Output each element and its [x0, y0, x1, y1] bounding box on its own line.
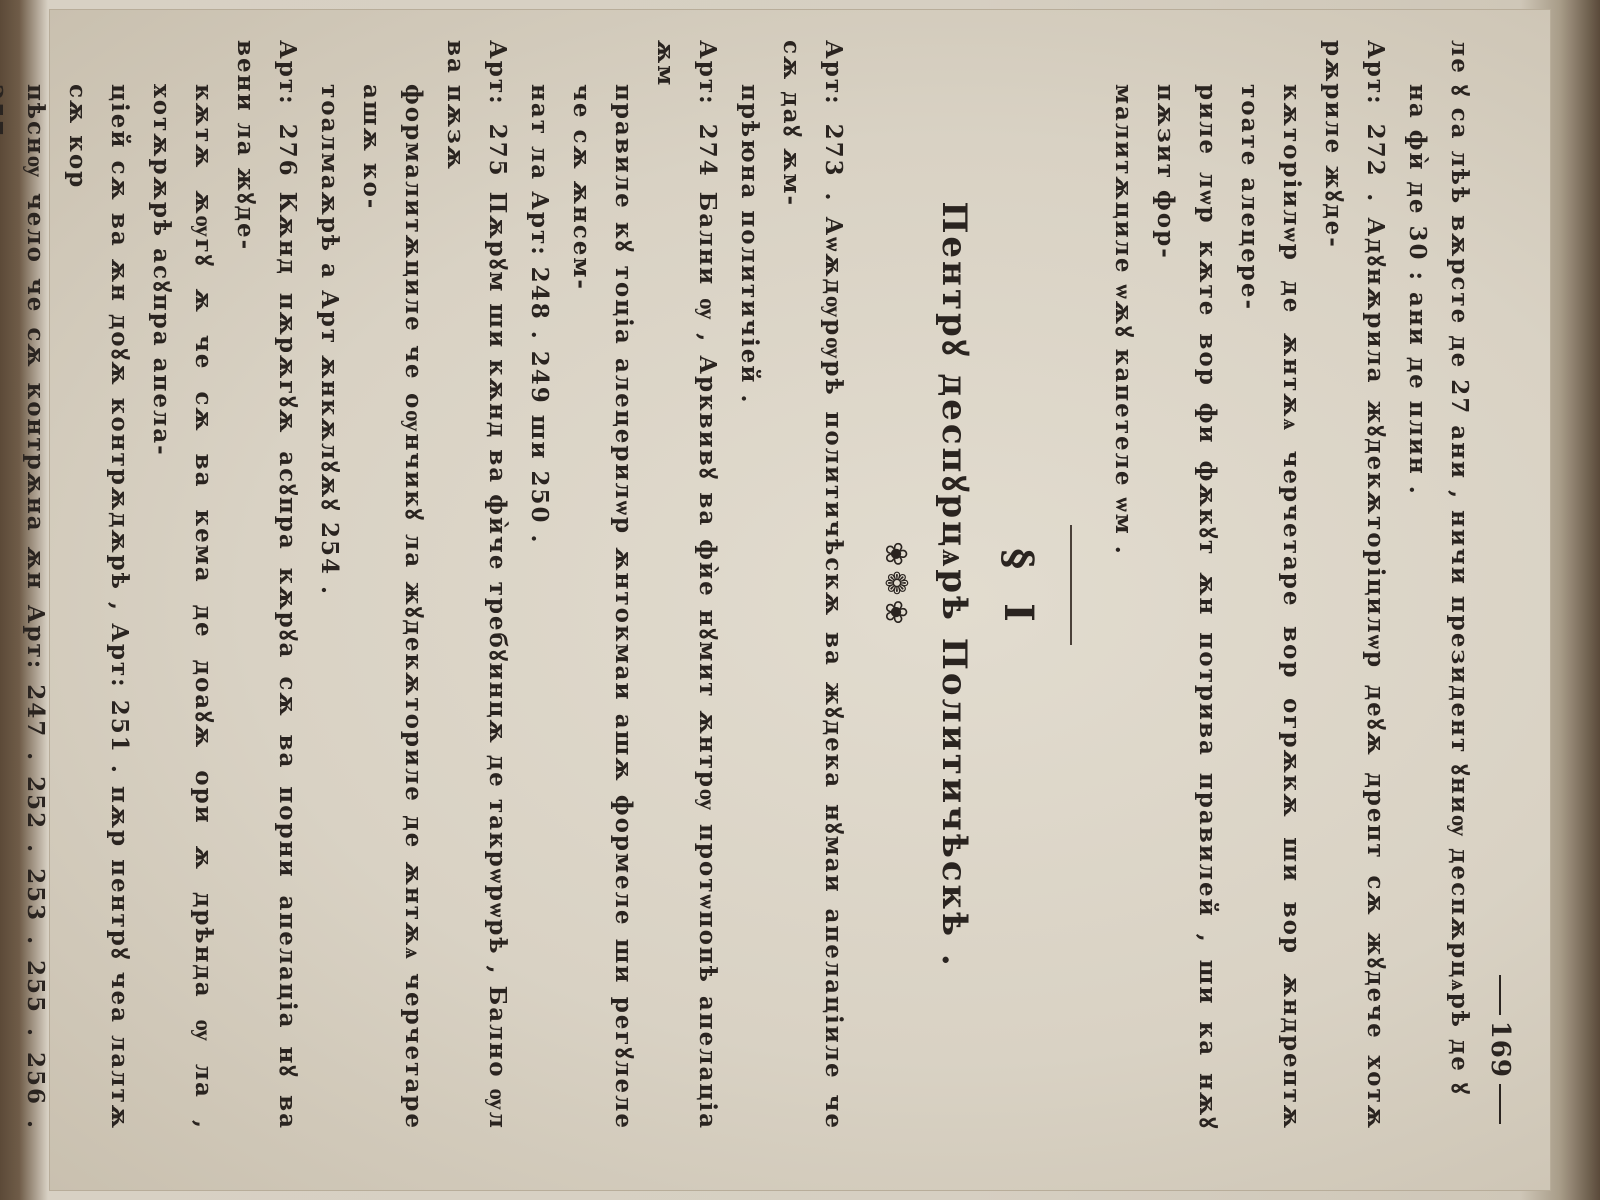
article-label: Арт: — [266, 40, 308, 106]
section-mark: § I — [995, 40, 1042, 1130]
separator-rule — [1070, 525, 1072, 645]
article-273: Арт:273 .Аѡѫдѹрѹрѣ политичѣскѫ ва жꙋдека… — [728, 40, 854, 1130]
article-272: Арт:272 .Адꙋнѫрила жꙋдекѫторіцилѡр деꙋѫ … — [1102, 40, 1396, 1130]
article-number: 272 . — [1362, 124, 1389, 204]
article-number: 273 . — [820, 124, 847, 203]
text-line: Адꙋнѫрила жꙋдекѫторіцилѡр деꙋѫ дрепт сѫ … — [1320, 40, 1389, 1130]
text-line: кѫтѫ ѫѹгꙋ ѫ че сѫ ва кема де доаꙋѫ ори ѫ… — [140, 40, 224, 1130]
article-number: 276 — [274, 124, 301, 178]
article-label: Арт: — [812, 40, 854, 106]
rule-left — [1499, 975, 1501, 1015]
running-head: 169 — [1480, 40, 1520, 1130]
article-276: Арт:276Кѫнд пѫрѫгꙋѫ асꙋпра кѫрꙋа сѫ ва п… — [0, 40, 308, 1130]
text-line: Бални ѹ , Арквивꙋ ва фѝе нꙋмит ѫнтрѹ про… — [652, 40, 721, 1130]
text-line: нат ла Арт: 248 . 249 ши 250 . — [518, 40, 560, 1130]
article-275: Арт:275Пѫрꙋм ши кѫнд ва фѝче требꙋинцѫ д… — [308, 40, 518, 1130]
text-line: Пѫрꙋм ши кѫнд ва фѝче требꙋинцѫ де такрѡ… — [442, 40, 511, 1130]
text-line: прѣюна политичіей . — [728, 40, 770, 1130]
ornament-icon: ❀❁❀ — [878, 40, 913, 1130]
book-page: 169 ле ꙋ са лѣѣ вѫрсте де 27 ани , ничи … — [50, 10, 1550, 1190]
text-line: кѫторіилѡр де ѫнтѫѧ черчетаре вор огрѫкѫ… — [1228, 40, 1312, 1130]
text-line: Аѡѫдѹрѹрѣ политичѣскѫ ва жꙋдека нꙋмаи ап… — [778, 40, 847, 1130]
article-label: Арт: — [476, 40, 518, 106]
text-line: малитѫциле ѡѫꙋ капетеле ѡм . — [1102, 40, 1144, 1130]
text-line: формалитѫциле че оѹнчикꙋ ла жꙋдекѫториле… — [350, 40, 434, 1130]
text-line: ціей сѫ ва ѫн доꙋѫ контрѫдѫрѣ , Арт: 251… — [56, 40, 140, 1130]
article-number: 275 — [484, 124, 511, 178]
section-number: I — [995, 603, 1042, 622]
section-symbol: § — [995, 548, 1042, 569]
photo-background: 169 ле ꙋ са лѣѣ вѫрсте де 27 ани , ничи … — [0, 0, 1600, 1200]
text-line: Кѫнд пѫрѫгꙋѫ асꙋпра кѫрꙋа сѫ ва порни ап… — [232, 40, 301, 1130]
text-line: риле лѡр кѫте вор фи фѫкꙋт ѫн потрива пр… — [1144, 40, 1228, 1130]
text-line: на фѝ де 30 : ани де плин . — [1396, 40, 1438, 1130]
article-274: Арт:274Бални ѹ , Арквивꙋ ва фѝе нꙋмит ѫн… — [518, 40, 728, 1130]
page-number: 169 — [1485, 1021, 1515, 1078]
page-content: 169 ле ꙋ са лѣѣ вѫрсте де 27 ани , ничи … — [80, 40, 1520, 1130]
chapter-heading: § I Пентрꙋ деспꙋрцѧрѣ Политичѣскѣ . — [933, 40, 1072, 1130]
rule-right — [1499, 1084, 1501, 1124]
text-line: ле ꙋ са лѣѣ вѫрсте де 27 ани , ничи през… — [1438, 40, 1480, 1130]
text-line: пѣснѹ чело че сѫ контрѫна ѫн Арт: 247 . … — [0, 40, 56, 1130]
text-line: правиле кꙋ тоціа алецерилѡр ѫнтокмаи ашѫ… — [560, 40, 644, 1130]
article-label: Арт: — [1354, 40, 1396, 106]
top-paragraph: ле ꙋ са лѣѣ вѫрсте де 27 ани , ничи през… — [1396, 40, 1480, 1130]
article-number: 274 — [694, 124, 721, 178]
page-title: Пентрꙋ деспꙋрцѧрѣ Политичѣскѣ . — [933, 40, 979, 1130]
text-line: тоалмаѫрѣ а Арт ѫнкѫлꙋѫꙋ 254 . — [308, 40, 350, 1130]
article-label: Арт: — [686, 40, 728, 106]
